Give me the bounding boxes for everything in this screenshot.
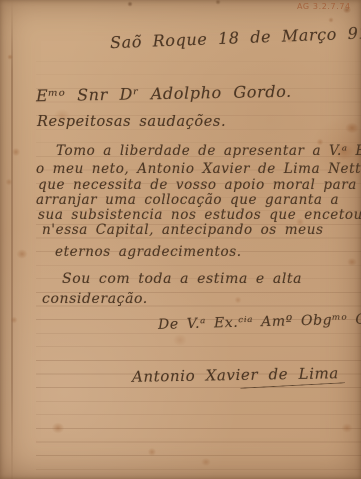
body-line-3: que necessita de vosso apoio moral para [38, 177, 357, 193]
closing-line-1: Sou com toda a estima e alta [62, 271, 302, 287]
signature: Antonio Xavier de Lima [132, 364, 339, 386]
salutation-line: Respeitosas saudações. [37, 114, 226, 130]
body-line-6: n'essa Capital, antecipando os meus [42, 222, 324, 238]
body-line-5: sua subsistencia nos estudos que encetou [38, 207, 361, 223]
ruled-lines [36, 48, 361, 479]
body-line-2: o meu neto, Antonio Xavier de Lima Netto [36, 161, 361, 177]
body-line-7: eternos agradecimentos. [55, 244, 242, 260]
closing-line-2: consideração. [42, 291, 148, 307]
archive-annotation: AG 3.2.7.74 [297, 2, 351, 11]
body-line-4: arranjar uma collocação que garanta a [36, 192, 339, 208]
fold-crease [11, 0, 13, 479]
letter-page: AG 3.2.7.74 Saõ Roque 18 de Março 914 Eᵐ… [0, 0, 361, 479]
body-line-1: Tomo a liberdade de apresentar a V.ᵃ Ex.… [56, 143, 361, 159]
